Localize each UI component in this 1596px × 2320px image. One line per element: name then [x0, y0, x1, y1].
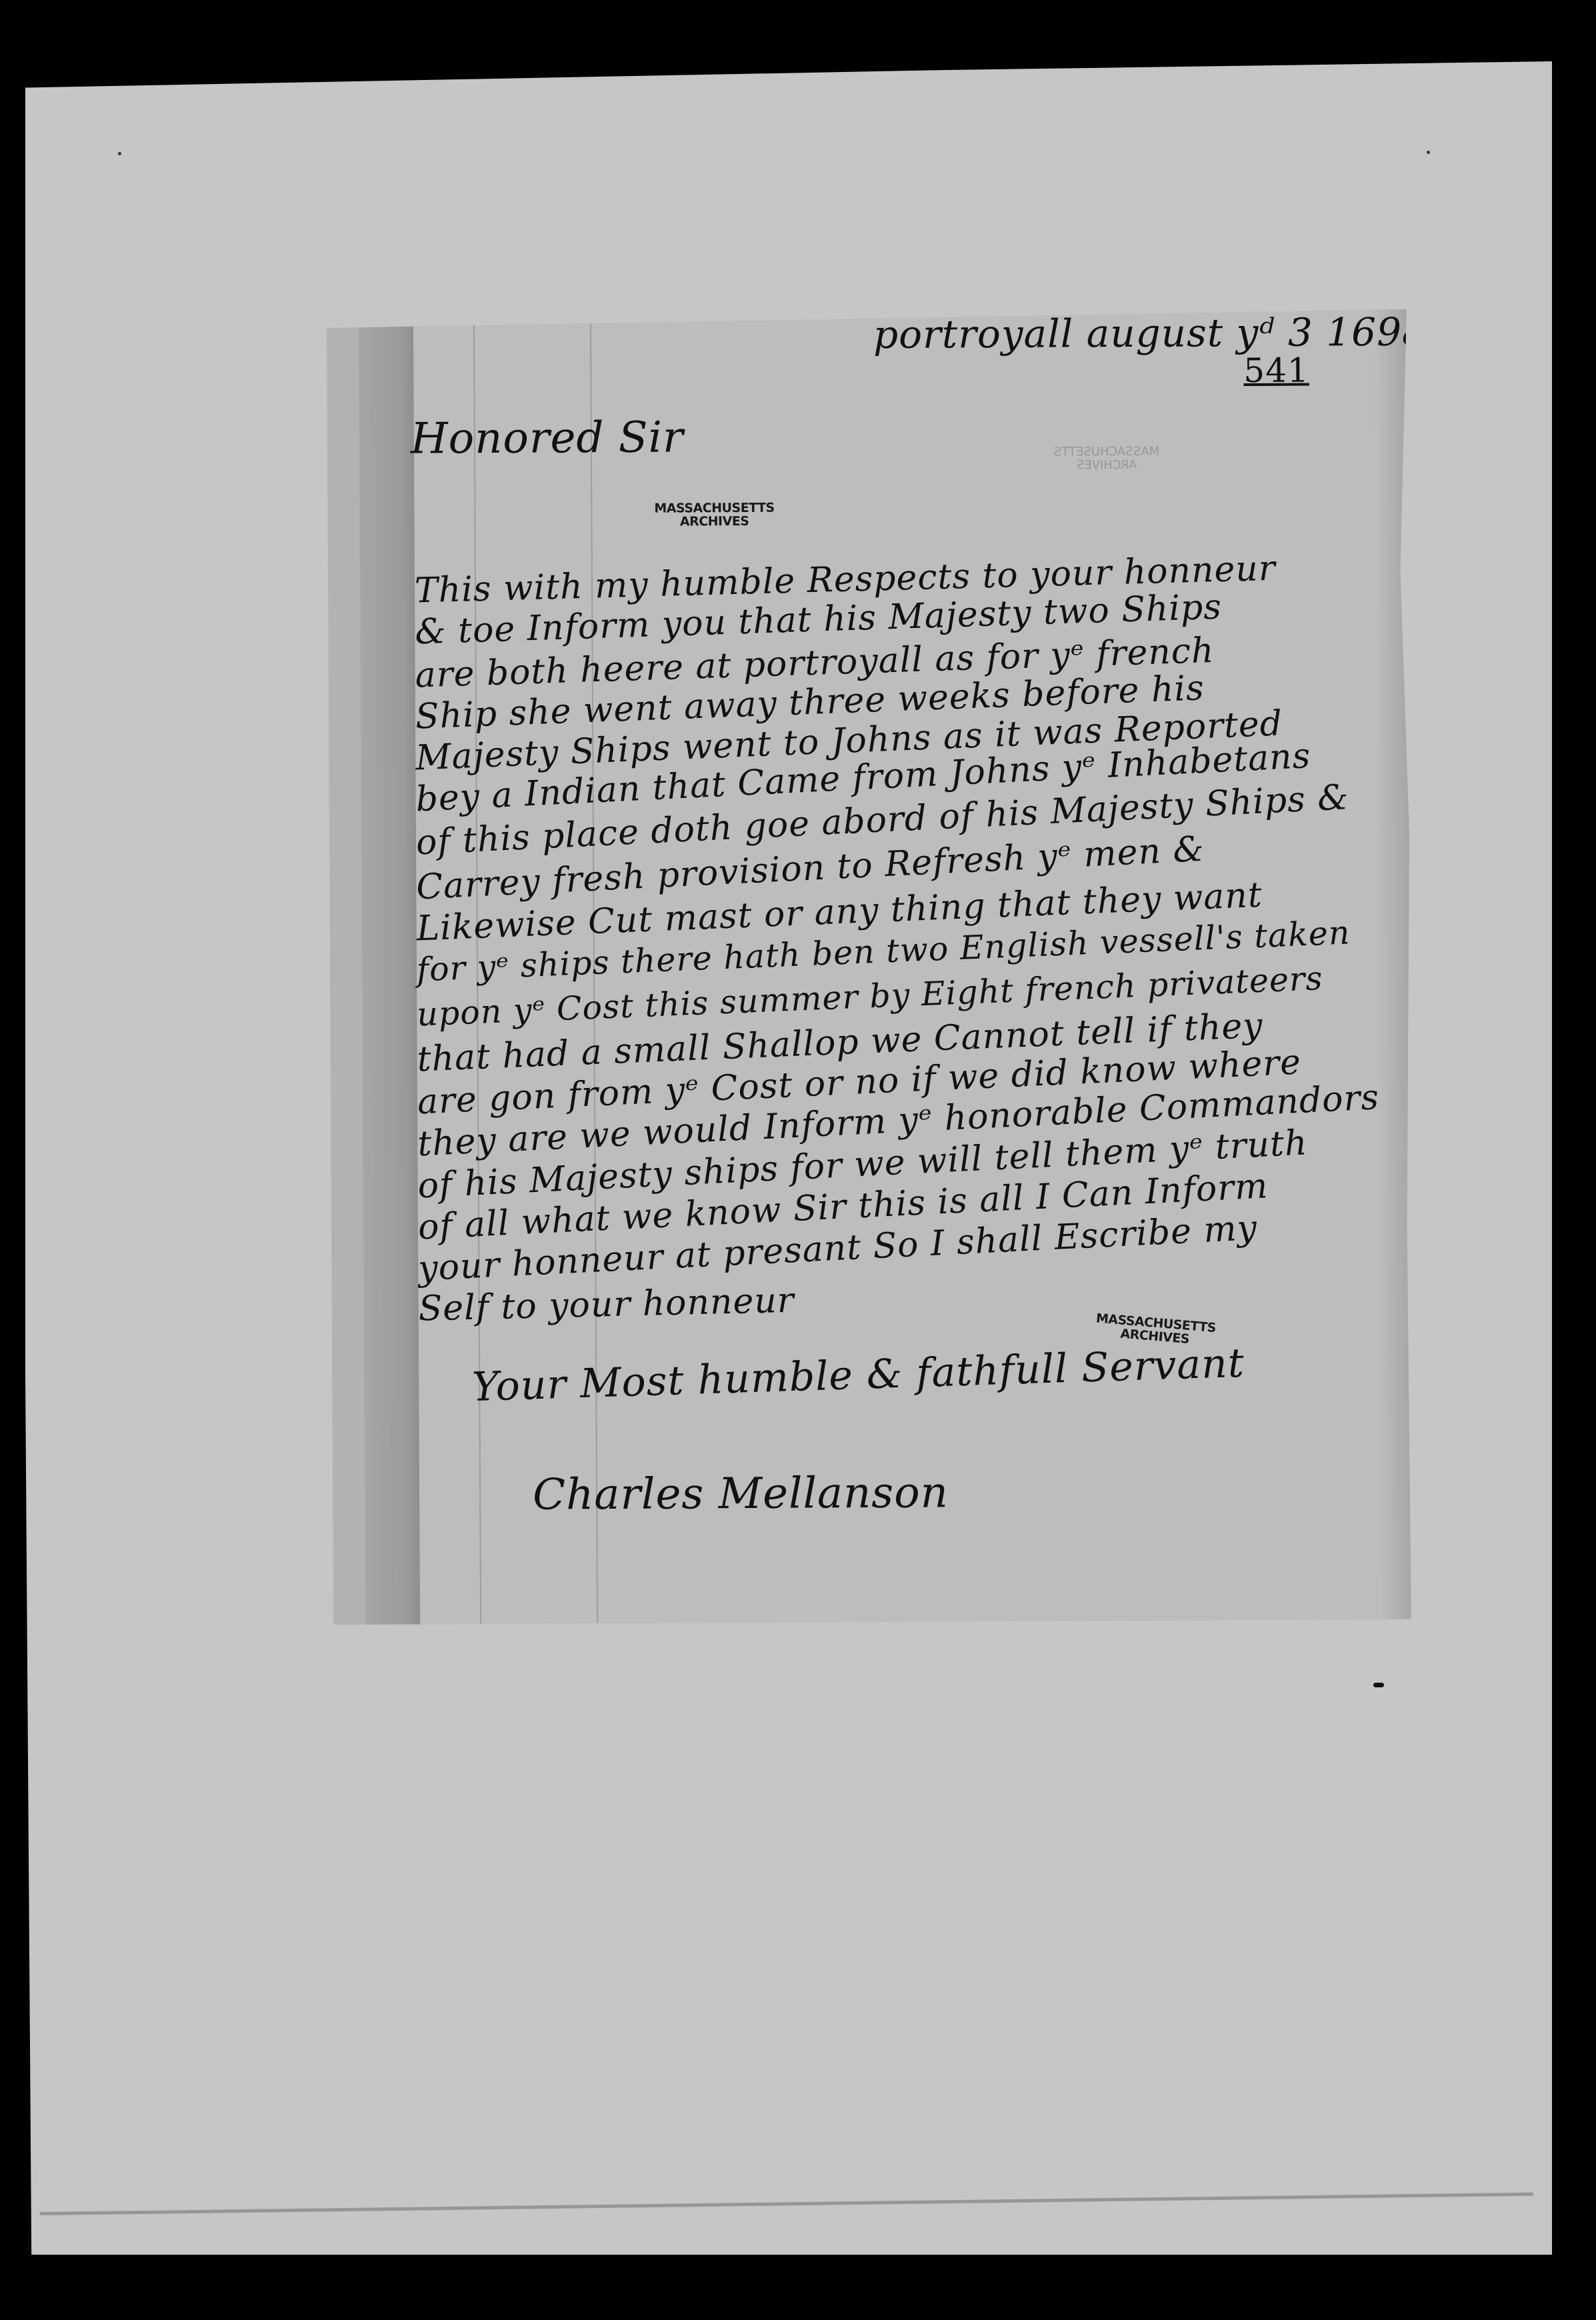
salutation: Honored Sir — [411, 413, 684, 463]
archive-stamp-bleedthrough: MASSACHUSETTS ARCHIVES — [1054, 445, 1159, 472]
stamp-line-2: ARCHIVES — [654, 515, 774, 529]
letter-page: portroyall august yᵈ 3 1698 541 Honored … — [327, 309, 1413, 1625]
backing-sheet-speck — [1427, 151, 1430, 154]
archive-stamp: MASSACHUSETTS ARCHIVES — [654, 502, 775, 529]
folio-number: 541 — [1243, 351, 1309, 391]
signature: Charles Mellanson — [533, 1468, 949, 1519]
backing-sheet-speck — [118, 152, 121, 155]
mounting-strip-inner — [359, 315, 420, 1625]
body-line: Self to your honneur — [418, 1281, 795, 1329]
closing: Your Most humble & fathfull Servant — [471, 1340, 1245, 1411]
backing-sheet-ink-mark — [1373, 1683, 1384, 1687]
